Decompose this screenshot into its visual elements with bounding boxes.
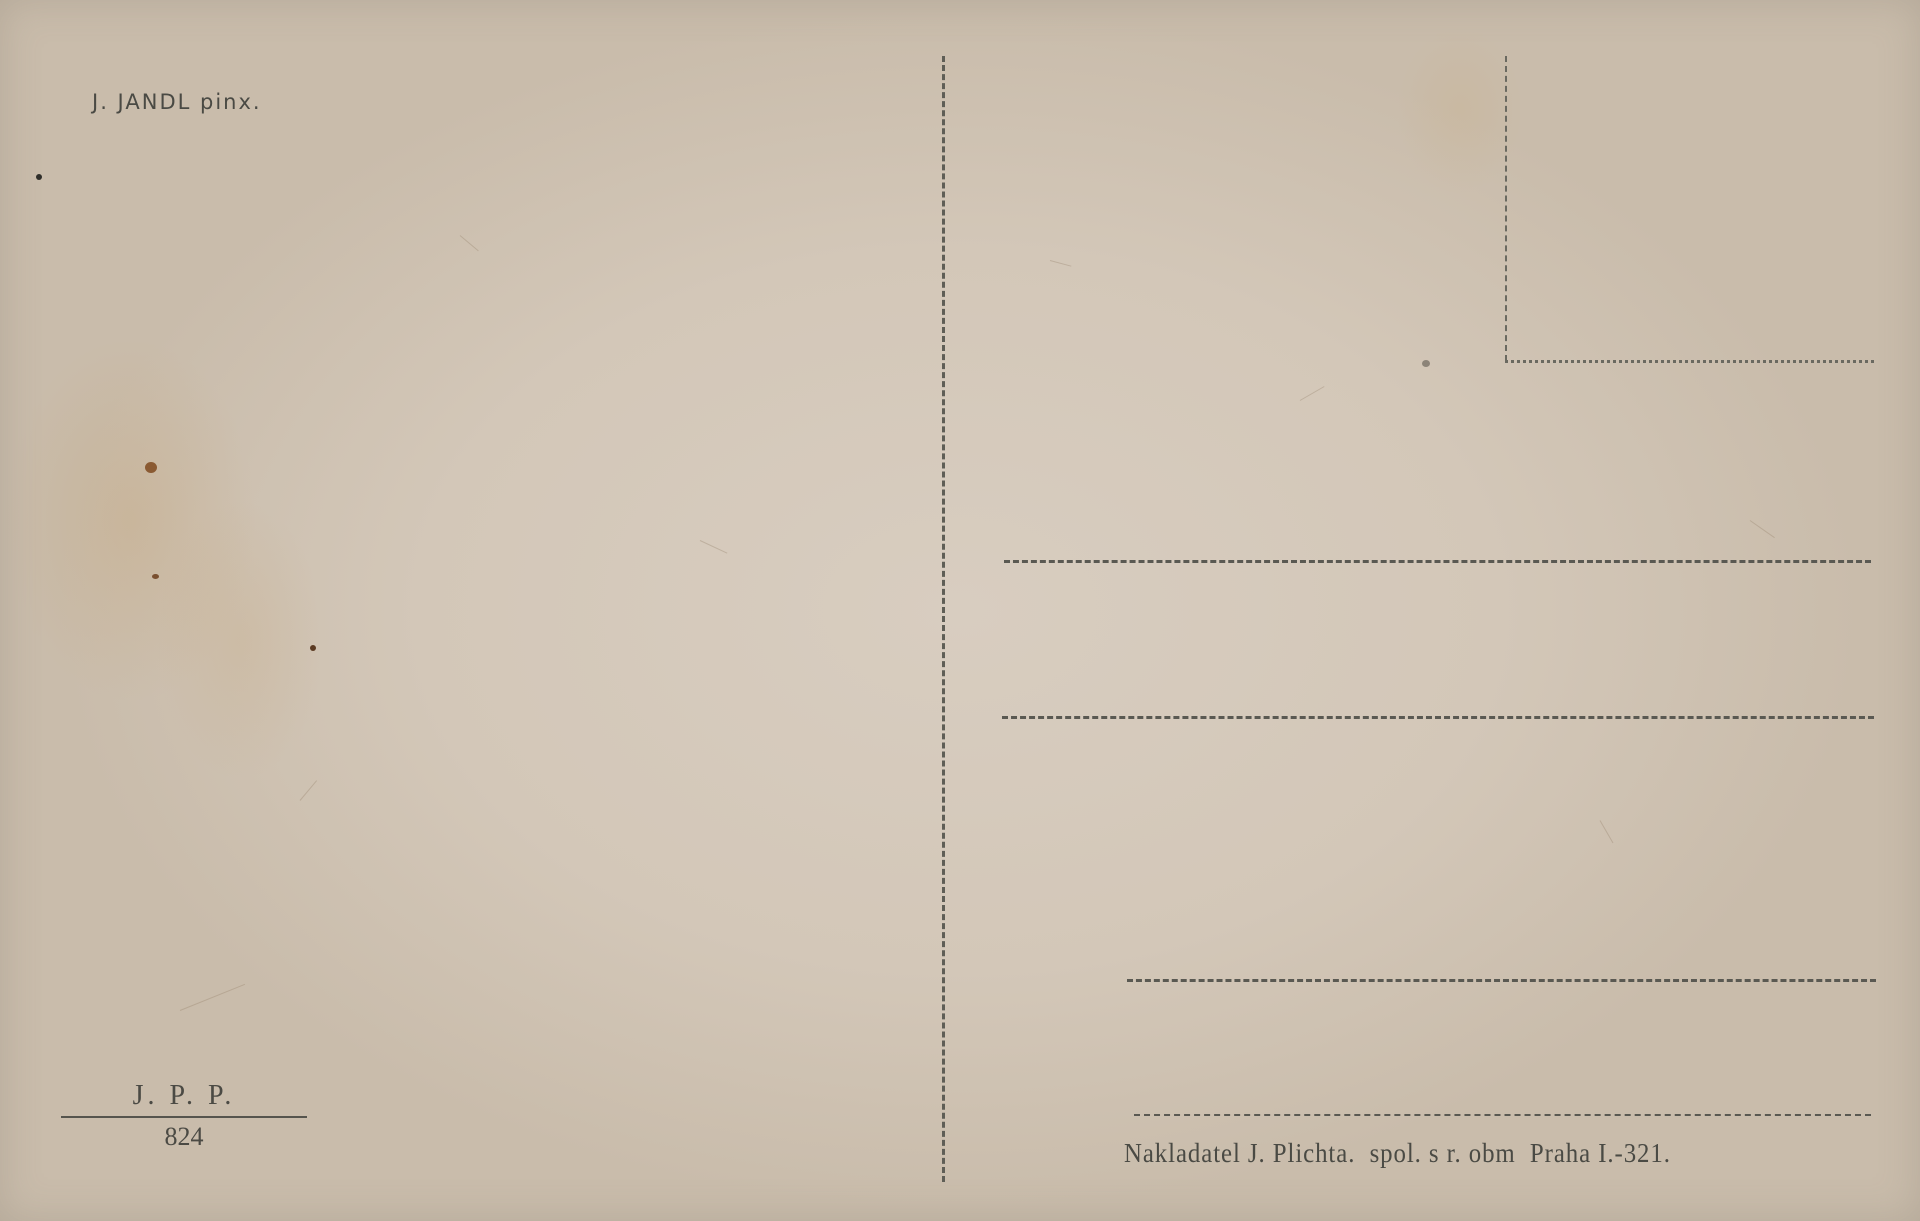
stamp-box-left-edge	[1505, 56, 1507, 361]
serial-block: J. P. P. 824	[61, 1078, 307, 1152]
address-line-3	[1127, 979, 1876, 982]
paper-fiber	[1050, 260, 1072, 267]
paper-fiber	[700, 540, 728, 554]
stain-spot	[145, 462, 157, 473]
center-divider	[942, 56, 945, 1182]
artist-credit: J. JANDL pinx.	[92, 90, 262, 114]
stain-spot	[152, 574, 159, 579]
ink-speck	[36, 174, 42, 180]
paper-fiber	[1300, 386, 1325, 401]
postcard-back: J. JANDL pinx. J. P. P. 824 Nakladatel J…	[0, 0, 1920, 1221]
publisher-imprint: Nakladatel J. Plichta. spol. s r. obm Pr…	[1124, 1138, 1671, 1169]
paper-fiber	[460, 235, 479, 251]
serial-rule	[61, 1116, 307, 1118]
address-line-2	[1002, 716, 1874, 719]
paper-fiber	[300, 780, 317, 801]
address-line-1	[1004, 560, 1871, 563]
stain-spot	[310, 645, 316, 651]
paper-fiber	[1600, 820, 1614, 843]
ink-speck	[1422, 360, 1430, 367]
publisher-initials: J. P. P.	[61, 1078, 307, 1114]
paper-fiber	[1750, 520, 1775, 538]
address-line-4	[1134, 1114, 1871, 1116]
stamp-box-bottom-edge	[1505, 360, 1874, 363]
paper-fiber	[180, 984, 245, 1011]
serial-number: 824	[61, 1122, 307, 1152]
